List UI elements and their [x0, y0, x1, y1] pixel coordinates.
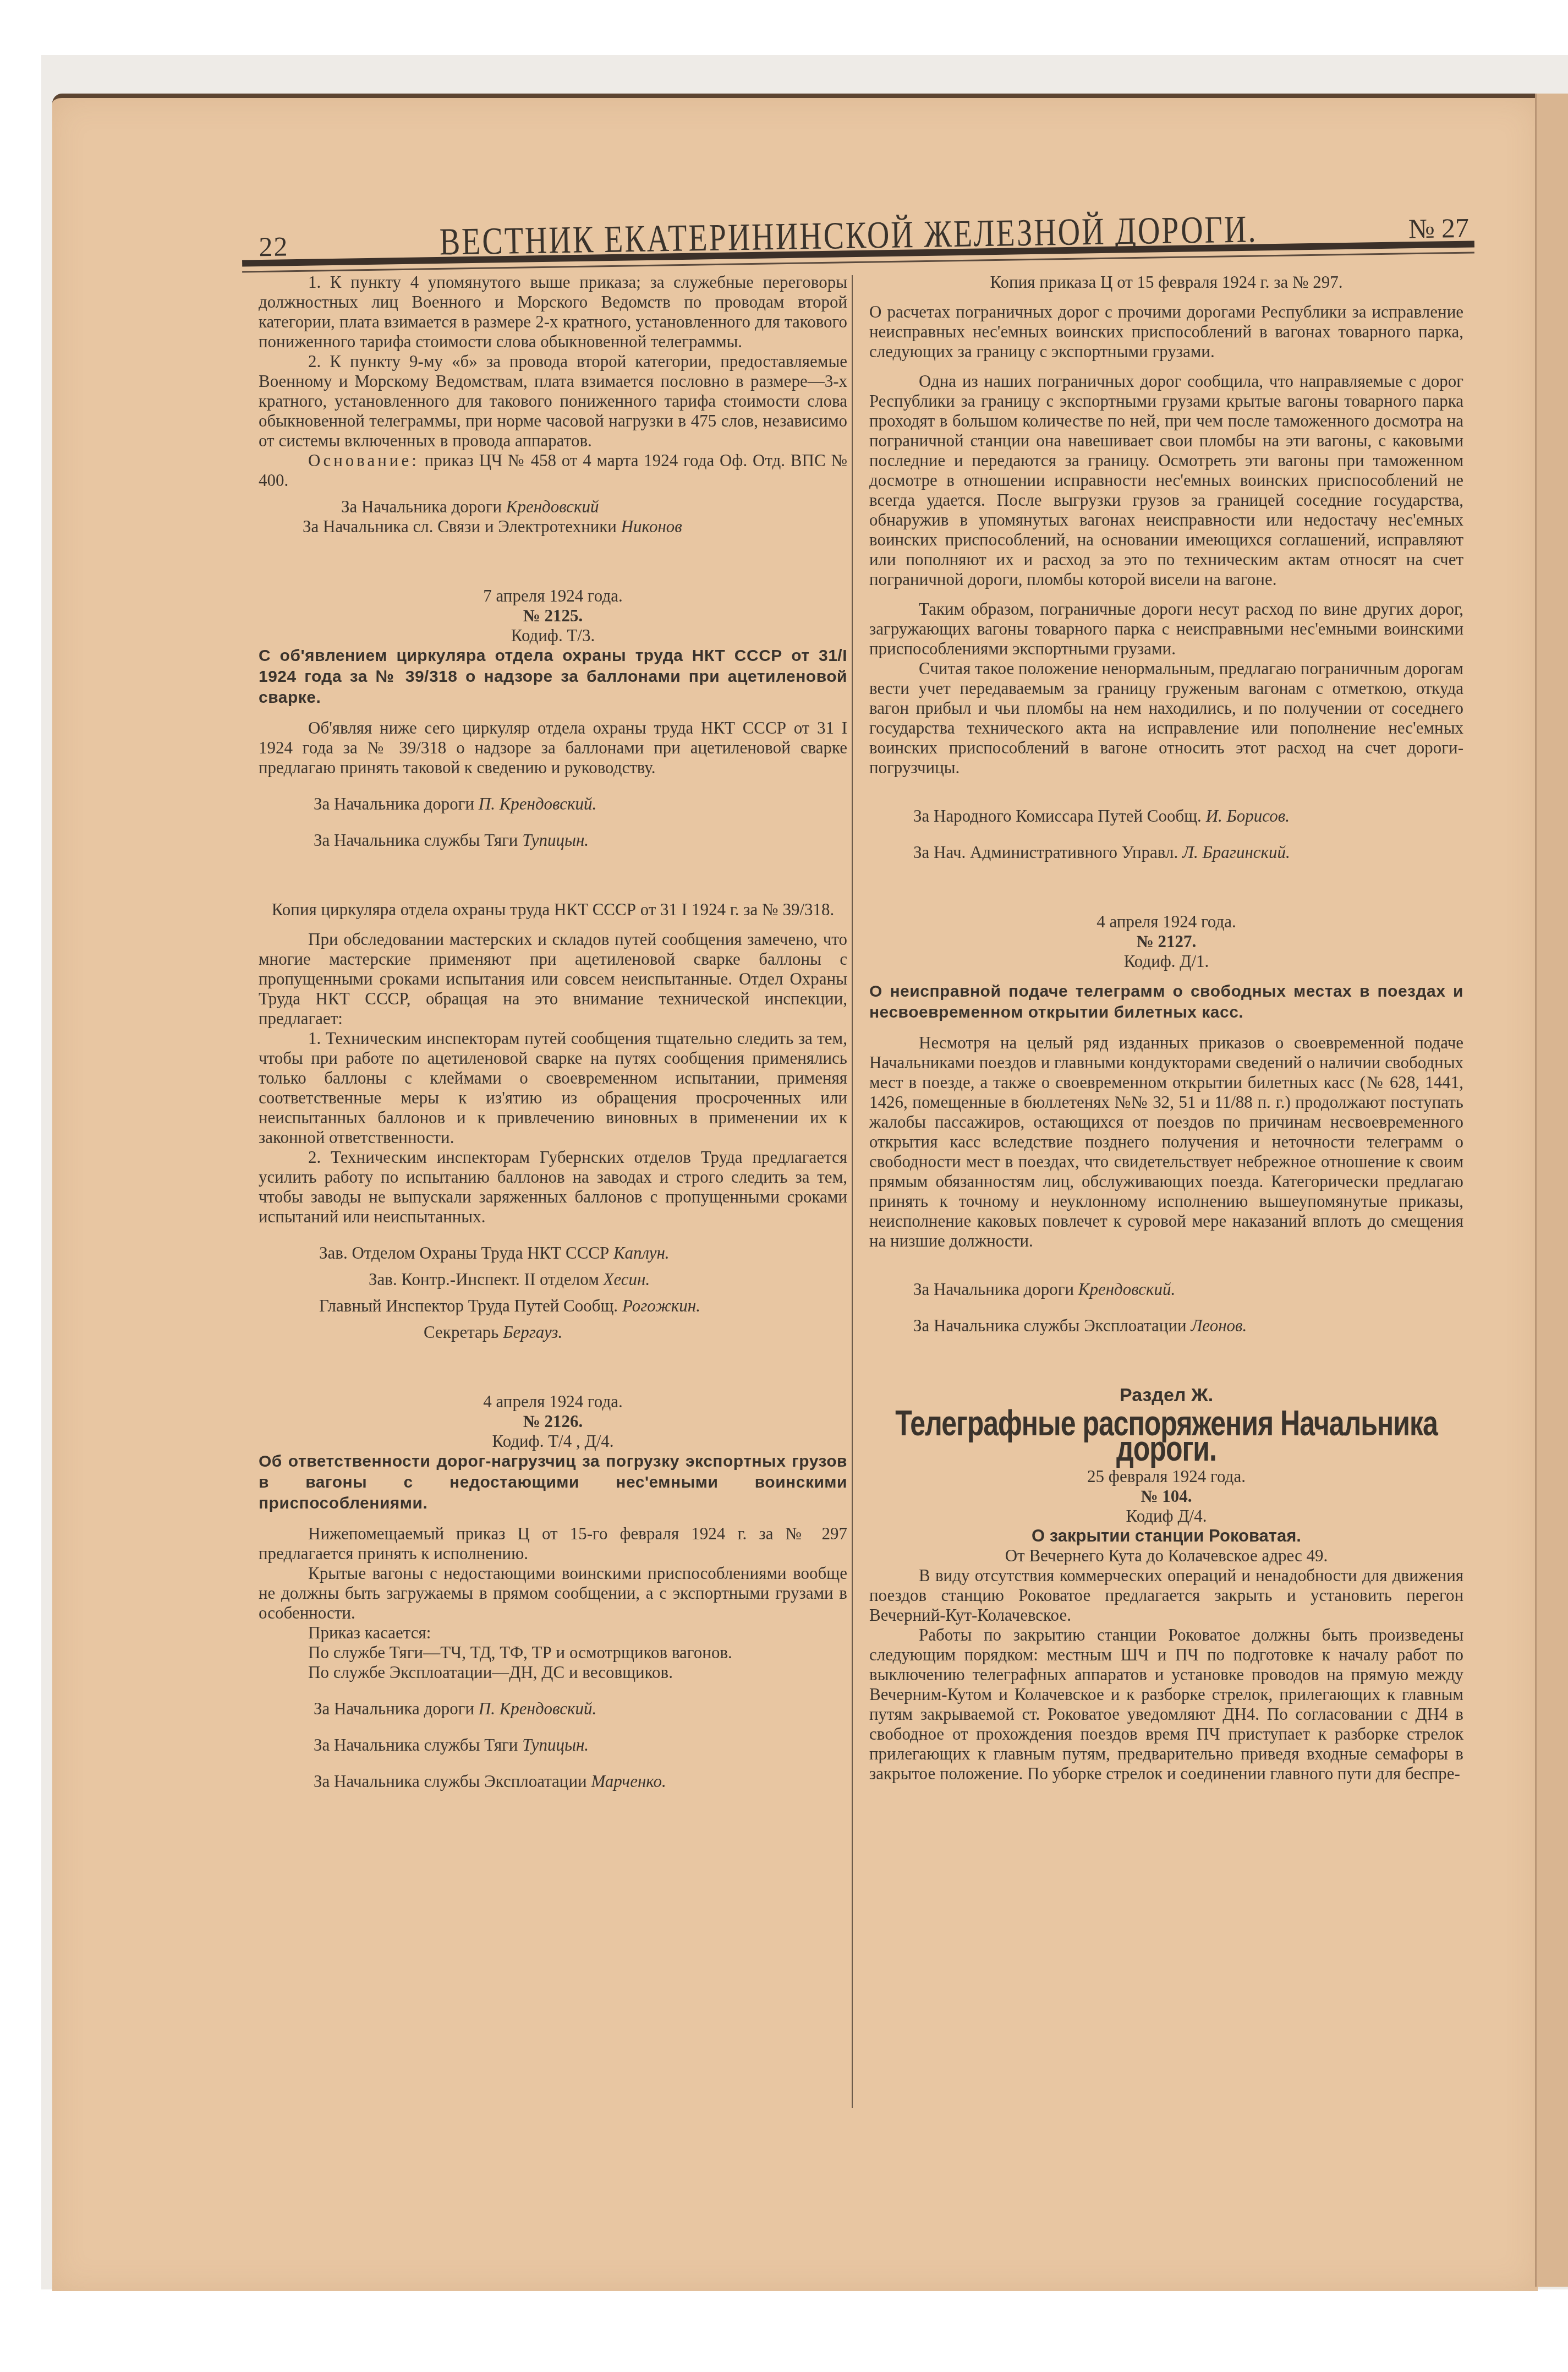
order-title: С об'явлением циркуляра отдела охраны тр… [259, 646, 847, 708]
signature-title: За Начальника дороги [314, 1699, 474, 1718]
order-number: № 2126. [259, 1412, 847, 1431]
order-date: 25 февраля 1924 года. [869, 1467, 1463, 1486]
paragraph: Нижепомещаемый приказ Ц от 15-го февраля… [259, 1524, 847, 1564]
signature-title: Зав. Контр.-Инспект. II отделом [369, 1270, 599, 1289]
signature: Зав. Отделом Охраны Труда НКТ СССР Каплу… [259, 1243, 847, 1263]
issue-number: № 27 [1408, 212, 1469, 245]
paragraph: Одна из наших пограничных дорог сообщила… [869, 371, 1463, 589]
paragraph: По службе Тяги—ТЧ, ТД, ТФ, ТР и осмотрщи… [259, 1643, 847, 1663]
paragraph: 2. К пункту 9-му «б» за провода второй к… [259, 352, 847, 451]
order-date: 4 апреля 1924 года. [259, 1392, 847, 1412]
signature-name: Крендовский. [1078, 1280, 1175, 1299]
order-title: О закрытии станции Роковатая. [869, 1526, 1463, 1546]
order-codif: Кодиф. Т/4 , Д/4. [259, 1431, 847, 1451]
left-column: 1. К пункту 4 упомянутого выше приказа; … [259, 272, 847, 1791]
signature-name: Леонов. [1191, 1316, 1247, 1335]
signature-name: П. Крендовский. [479, 794, 596, 813]
basis-label: Основание: [308, 451, 419, 470]
signature-title: Зав. Отделом Охраны Труда НКТ СССР [319, 1243, 609, 1262]
paragraph: 1. К пункту 4 упомянутого выше приказа; … [259, 272, 847, 352]
paragraph: Приказ касается: [259, 1623, 847, 1643]
paragraph: По службе Эксплоатации—ДН, ДС и весовщик… [259, 1663, 847, 1682]
signature-name: Л. Брагинский. [1182, 843, 1290, 862]
signature-name: Тупицын. [522, 1735, 589, 1755]
signature: За Нач. Административного Управл. Л. Бра… [869, 843, 1463, 862]
signature-name: Бергауз. [503, 1322, 562, 1342]
circular-heading: Копия циркуляра отдела охраны труда НКТ … [259, 900, 847, 920]
signature-name: Каплун. [613, 1243, 670, 1262]
order-date: 4 апреля 1924 года. [869, 912, 1463, 932]
paragraph: В виду отсутствия коммерческих операций … [869, 1566, 1463, 1625]
order-2127: 4 апреля 1924 года. № 2127. Кодиф. Д/1. … [869, 912, 1463, 1336]
signature: Зав. Контр.-Инспект. II отделом Хесин. [259, 1270, 847, 1289]
paragraph: Несмотря на целый ряд изданных приказов … [869, 1033, 1463, 1251]
order-codif: Кодиф. Т/3. [259, 626, 847, 646]
paragraph: При обследовании мастерских и складов пу… [259, 930, 847, 1029]
address-line: От Вечернего Кута до Колачевское адрес 4… [869, 1546, 1463, 1566]
page-number: 22 [259, 230, 289, 263]
signature: За Начальника сл. Связи и Электротехники… [259, 517, 847, 537]
signature: Главный Инспектор Труда Путей Сообщ. Рог… [259, 1296, 847, 1316]
section-title: Телеграфные распоряжения Начальника доро… [869, 1410, 1463, 1462]
signature-name: И. Борисов. [1206, 806, 1290, 826]
signature-title: Главный Инспектор Труда Путей Сообщ. [319, 1296, 618, 1315]
signature-name: Тупицын. [522, 830, 589, 850]
section-zh: Раздел Ж. Телеграфные распоряжения Начал… [869, 1385, 1463, 1784]
signature: За Начальника службы Тяги Тупицын. [259, 1735, 847, 1755]
circular-copy: Копия циркуляра отдела охраны труда НКТ … [259, 900, 847, 1342]
order-297-copy: Копия приказа Ц от 15 февраля 1924 г. за… [869, 272, 1463, 862]
order-2125: 7 апреля 1924 года. № 2125. Кодиф. Т/3. … [259, 586, 847, 850]
paragraph: 1. Техническим инспекторам путей сообщен… [259, 1029, 847, 1147]
signature: За Начальника дороги Крендовский [259, 497, 847, 517]
signature: За Начальника службы Тяги Тупицын. [259, 830, 847, 850]
paragraph: Таким образом, пограничные дороги несут … [869, 599, 1463, 659]
order-2126: 4 апреля 1924 года. № 2126. Кодиф. Т/4 ,… [259, 1392, 847, 1791]
signature-title: За Нач. Административного Управл. [913, 843, 1178, 862]
paragraph: Крытые вагоны с недостающими воинскими п… [259, 1564, 847, 1623]
order-number: № 104. [869, 1486, 1463, 1506]
signature-title: За Начальника службы Эксплоатации [913, 1316, 1187, 1335]
signature-name: Крендовский [506, 497, 599, 516]
column-divider [852, 275, 853, 2108]
signature-title: За Начальника дороги [341, 497, 502, 516]
paragraph: Считая такое положение ненормальным, пре… [869, 659, 1463, 778]
paragraph: 2. Техническим инспекторам Губернских от… [259, 1147, 847, 1227]
order-number: № 2127. [869, 932, 1463, 952]
signature-title: За Начальника дороги [314, 794, 474, 813]
right-column: Копия приказа Ц от 15 февраля 1924 г. за… [869, 272, 1463, 1784]
signature: За Начальника дороги П. Крендовский. [259, 1699, 847, 1719]
signature-name: Марченко. [591, 1772, 666, 1791]
signature: За Начальника службы Эксплоатации Марчен… [259, 1772, 847, 1791]
copy-heading: Копия приказа Ц от 15 февраля 1924 г. за… [869, 272, 1463, 292]
signature: За Народного Комиссара Путей Сообщ. И. Б… [869, 806, 1463, 826]
paragraph: Работы по закрытию станции Роковатое дол… [869, 1625, 1463, 1784]
paragraph: Об'являя ниже сего циркуляр отдела охран… [259, 718, 847, 778]
signature-name: Никонов [621, 517, 682, 536]
page-fold-edge [1535, 94, 1568, 2287]
signature-title: За Народного Комиссара Путей Сообщ. [913, 806, 1202, 826]
intro-block: 1. К пункту 4 упомянутого выше приказа; … [259, 272, 847, 537]
signature-title: За Начальника службы Эксплоатации [314, 1772, 587, 1791]
signature-title: За Начальника службы Тяги [314, 830, 518, 850]
signature-title: Секретарь [424, 1322, 498, 1342]
order-title: Об ответственности дорог-нагрузчиц за по… [259, 1451, 847, 1514]
copy-subtitle: О расчетах пограничных дорог с прочими д… [869, 302, 1463, 362]
signature: За Начальника службы Эксплоатации Леонов… [869, 1316, 1463, 1336]
signature-name: П. Крендовский. [479, 1699, 596, 1718]
order-codif: Кодиф Д/4. [869, 1506, 1463, 1526]
signature-title: За Начальника дороги [913, 1280, 1074, 1299]
signature-name: Хесин. [604, 1270, 650, 1289]
signature-title: За Начальника службы Тяги [314, 1735, 518, 1755]
signature: За Начальника дороги Крендовский. [869, 1280, 1463, 1299]
order-title: О неисправной подаче телеграмм о свободн… [869, 981, 1463, 1023]
order-codif: Кодиф. Д/1. [869, 952, 1463, 971]
signature: За Начальника дороги П. Крендовский. [259, 794, 847, 814]
basis-line: Основание: приказ ЦЧ № 458 от 4 марта 19… [259, 451, 847, 490]
signature-name: Рогожкин. [622, 1296, 700, 1315]
signature: Секретарь Бергауз. [259, 1322, 847, 1342]
section-label: Раздел Ж. [869, 1385, 1463, 1405]
order-date: 7 апреля 1924 года. [259, 586, 847, 606]
signature-title: За Начальника сл. Связи и Электротехники [303, 517, 617, 536]
order-number: № 2125. [259, 606, 847, 626]
